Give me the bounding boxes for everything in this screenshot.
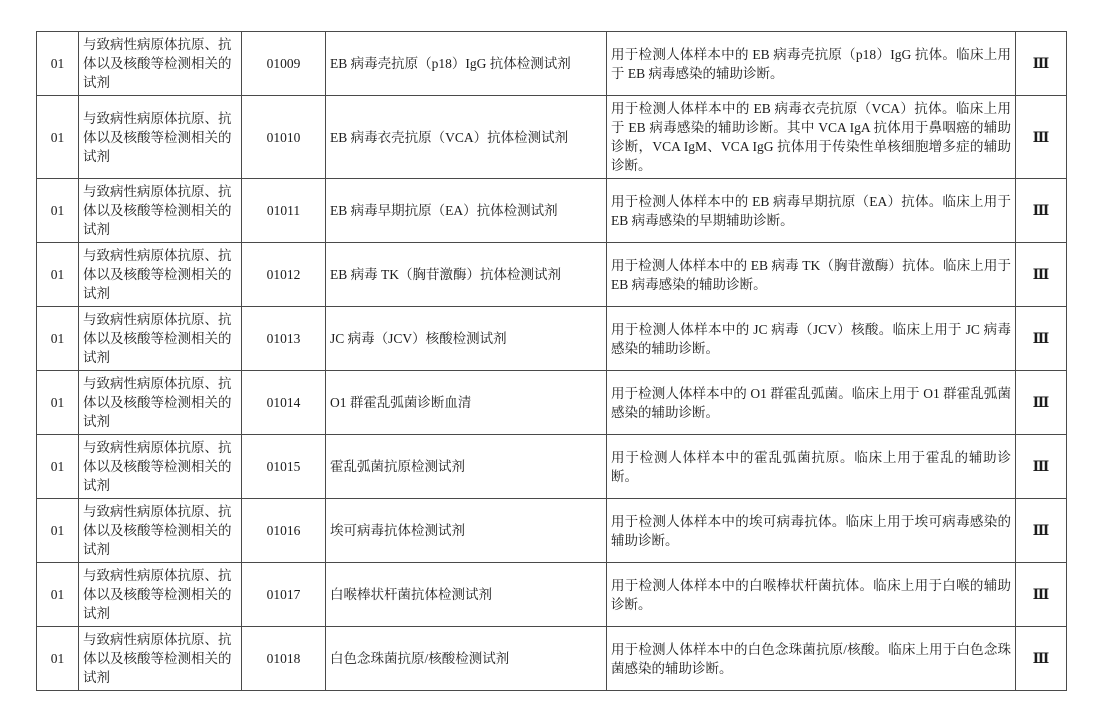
management-class-cell: Ⅲ <box>1016 96 1067 179</box>
intended-use-cell: 用于检测人体样本中的 JC 病毒（JCV）核酸。临床上用于 JC 病毒感染的辅助… <box>607 307 1016 371</box>
product-name-cell: 白喉棒状杆菌抗体检测试剂 <box>326 563 607 627</box>
table-body: 01 与致病性病原体抗原、抗体以及核酸等检测相关的试剂 01009 EB 病毒壳… <box>37 32 1067 691</box>
product-name-cell: EB 病毒早期抗原（EA）抗体检测试剂 <box>326 179 607 243</box>
management-class-cell: Ⅲ <box>1016 563 1067 627</box>
product-serial-cell: 01016 <box>242 499 326 563</box>
primary-category-name-cell: 与致病性病原体抗原、抗体以及核酸等检测相关的试剂 <box>79 499 242 563</box>
table-row: 01 与致病性病原体抗原、抗体以及核酸等检测相关的试剂 01009 EB 病毒壳… <box>37 32 1067 96</box>
product-serial-cell: 01010 <box>242 96 326 179</box>
table-row: 01 与致病性病原体抗原、抗体以及核酸等检测相关的试剂 01016 埃可病毒抗体… <box>37 499 1067 563</box>
primary-category-code-cell: 01 <box>37 435 79 499</box>
table-row: 01 与致病性病原体抗原、抗体以及核酸等检测相关的试剂 01017 白喉棒状杆菌… <box>37 563 1067 627</box>
primary-category-name-cell: 与致病性病原体抗原、抗体以及核酸等检测相关的试剂 <box>79 371 242 435</box>
product-name-cell: 埃可病毒抗体检测试剂 <box>326 499 607 563</box>
primary-category-code-cell: 01 <box>37 499 79 563</box>
primary-category-code-cell: 01 <box>37 627 79 691</box>
primary-category-name-cell: 与致病性病原体抗原、抗体以及核酸等检测相关的试剂 <box>79 627 242 691</box>
primary-category-code-cell: 01 <box>37 307 79 371</box>
primary-category-code-cell: 01 <box>37 371 79 435</box>
table-row: 01 与致病性病原体抗原、抗体以及核酸等检测相关的试剂 01018 白色念珠菌抗… <box>37 627 1067 691</box>
management-class-cell: Ⅲ <box>1016 627 1067 691</box>
management-class-cell: Ⅲ <box>1016 435 1067 499</box>
management-class-cell: Ⅲ <box>1016 371 1067 435</box>
product-name-cell: EB 病毒 TK（胸苷激酶）抗体检测试剂 <box>326 243 607 307</box>
product-name-cell: 白色念珠菌抗原/核酸检测试剂 <box>326 627 607 691</box>
primary-category-code-cell: 01 <box>37 243 79 307</box>
primary-category-code-cell: 01 <box>37 179 79 243</box>
intended-use-cell: 用于检测人体样本中的 EB 病毒早期抗原（EA）抗体。临床上用于 EB 病毒感染… <box>607 179 1016 243</box>
product-serial-cell: 01018 <box>242 627 326 691</box>
product-name-cell: 霍乱弧菌抗原检测试剂 <box>326 435 607 499</box>
intended-use-cell: 用于检测人体样本中的埃可病毒抗体。临床上用于埃可病毒感染的辅助诊断。 <box>607 499 1016 563</box>
reagent-classification-table: 01 与致病性病原体抗原、抗体以及核酸等检测相关的试剂 01009 EB 病毒壳… <box>36 31 1067 691</box>
primary-category-code-cell: 01 <box>37 32 79 96</box>
intended-use-cell: 用于检测人体样本中的 EB 病毒壳抗原（p18）IgG 抗体。临床上用于 EB … <box>607 32 1016 96</box>
management-class-cell: Ⅲ <box>1016 32 1067 96</box>
intended-use-cell: 用于检测人体样本中的白色念珠菌抗原/核酸。临床上用于白色念珠菌感染的辅助诊断。 <box>607 627 1016 691</box>
intended-use-cell: 用于检测人体样本中的 EB 病毒衣壳抗原（VCA）抗体。临床上用于 EB 病毒感… <box>607 96 1016 179</box>
primary-category-code-cell: 01 <box>37 96 79 179</box>
primary-category-name-cell: 与致病性病原体抗原、抗体以及核酸等检测相关的试剂 <box>79 32 242 96</box>
product-name-cell: JC 病毒（JCV）核酸检测试剂 <box>326 307 607 371</box>
primary-category-name-cell: 与致病性病原体抗原、抗体以及核酸等检测相关的试剂 <box>79 243 242 307</box>
management-class-cell: Ⅲ <box>1016 243 1067 307</box>
table-row: 01 与致病性病原体抗原、抗体以及核酸等检测相关的试剂 01014 O1 群霍乱… <box>37 371 1067 435</box>
primary-category-name-cell: 与致病性病原体抗原、抗体以及核酸等检测相关的试剂 <box>79 307 242 371</box>
product-serial-cell: 01015 <box>242 435 326 499</box>
product-serial-cell: 01012 <box>242 243 326 307</box>
management-class-cell: Ⅲ <box>1016 499 1067 563</box>
primary-category-code-cell: 01 <box>37 563 79 627</box>
table-row: 01 与致病性病原体抗原、抗体以及核酸等检测相关的试剂 01013 JC 病毒（… <box>37 307 1067 371</box>
table-row: 01 与致病性病原体抗原、抗体以及核酸等检测相关的试剂 01011 EB 病毒早… <box>37 179 1067 243</box>
management-class-cell: Ⅲ <box>1016 179 1067 243</box>
product-serial-cell: 01009 <box>242 32 326 96</box>
product-serial-cell: 01017 <box>242 563 326 627</box>
product-serial-cell: 01011 <box>242 179 326 243</box>
intended-use-cell: 用于检测人体样本中的 O1 群霍乱弧菌。临床上用于 O1 群霍乱弧菌感染的辅助诊… <box>607 371 1016 435</box>
intended-use-cell: 用于检测人体样本中的白喉棒状杆菌抗体。临床上用于白喉的辅助诊断。 <box>607 563 1016 627</box>
primary-category-name-cell: 与致病性病原体抗原、抗体以及核酸等检测相关的试剂 <box>79 96 242 179</box>
product-name-cell: EB 病毒衣壳抗原（VCA）抗体检测试剂 <box>326 96 607 179</box>
management-class-cell: Ⅲ <box>1016 307 1067 371</box>
primary-category-name-cell: 与致病性病原体抗原、抗体以及核酸等检测相关的试剂 <box>79 563 242 627</box>
document-page: 01 与致病性病原体抗原、抗体以及核酸等检测相关的试剂 01009 EB 病毒壳… <box>0 0 1099 718</box>
table-row: 01 与致病性病原体抗原、抗体以及核酸等检测相关的试剂 01012 EB 病毒 … <box>37 243 1067 307</box>
primary-category-name-cell: 与致病性病原体抗原、抗体以及核酸等检测相关的试剂 <box>79 179 242 243</box>
table-row: 01 与致病性病原体抗原、抗体以及核酸等检测相关的试剂 01010 EB 病毒衣… <box>37 96 1067 179</box>
product-serial-cell: 01013 <box>242 307 326 371</box>
intended-use-cell: 用于检测人体样本中的 EB 病毒 TK（胸苷激酶）抗体。临床上用于 EB 病毒感… <box>607 243 1016 307</box>
table-row: 01 与致病性病原体抗原、抗体以及核酸等检测相关的试剂 01015 霍乱弧菌抗原… <box>37 435 1067 499</box>
product-name-cell: EB 病毒壳抗原（p18）IgG 抗体检测试剂 <box>326 32 607 96</box>
intended-use-cell: 用于检测人体样本中的霍乱弧菌抗原。临床上用于霍乱的辅助诊断。 <box>607 435 1016 499</box>
product-serial-cell: 01014 <box>242 371 326 435</box>
primary-category-name-cell: 与致病性病原体抗原、抗体以及核酸等检测相关的试剂 <box>79 435 242 499</box>
product-name-cell: O1 群霍乱弧菌诊断血清 <box>326 371 607 435</box>
